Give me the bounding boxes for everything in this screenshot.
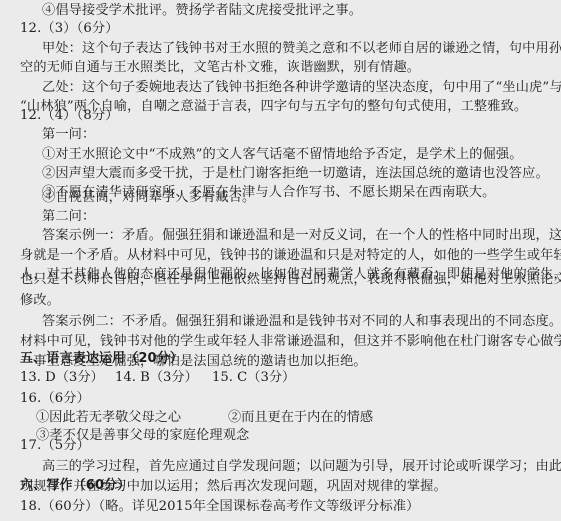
answer-key-page: ④倡导接受学术批评。赞扬学者陆文虎接受批评之事。 12.（3）（6分） 甲处：这… — [0, 0, 561, 521]
section-heading: 五、语言表达运用（20分） — [20, 349, 183, 368]
answer-line: 也只是不以师长自居，但在学问上他依然坚持自己的观点，表现得很倔强，如他对王水照论… — [20, 270, 561, 289]
answer-line: ④自视甚高，对同辈学人多有臧否。 — [42, 188, 255, 207]
answer-line: 乙处：这个句子委婉地表达了钱钟书拒绝各种讲学邀请的坚决态度，句中用了“坐山虎”与 — [42, 78, 561, 97]
answer-line: 身就是一个矛盾。从材料中可见，钱钟书的谦逊温和只是对特定的人，如他的一些学生或年… — [20, 246, 561, 265]
sub-heading: 第二问： — [42, 207, 95, 226]
answer-line: 甲处：这个句子表达了钱钟书对王水照的赞美之意和不以老师自居的谦逊之情，句中用孙悟 — [42, 39, 561, 58]
question-heading: 16.（6分） — [20, 389, 90, 408]
question-heading: 17.（5分） — [20, 436, 90, 455]
answer-14: 14. B（3分） — [115, 368, 198, 387]
answer-line: ①因此若无孝敬父母之心 — [36, 408, 181, 427]
sub-heading: 第一问： — [42, 125, 95, 144]
answer-line: ②而且更在于内在的情感 — [228, 408, 373, 427]
answer-line: 空的无师自通与王水照类比，文笔古朴文雅，诙谐幽默，别有情趣。 — [20, 58, 420, 77]
section-heading: 六、写作（60分） — [20, 476, 130, 495]
answer-line: 修改。 — [20, 291, 60, 310]
question-heading: 18.（60分）（略。详见2015年全国课标卷高考作文等级评分标准） — [20, 497, 420, 516]
answer-15: 15. C（3分） — [212, 368, 295, 387]
answer-line: 高三的学习过程，首先应通过自学发现问题；以问题为引导，展开讨论或听课学习；由此发 — [42, 457, 561, 476]
answer-line: 答案示例一：矛盾。倔强狂狷和谦逊温和是一对反义词，在一个人的性格中同时出现，这本 — [42, 226, 561, 245]
answer-line: ①对王水照论文中“不成熟”的文人客气话毫不留情地给予否定，是学术上的倔强。 — [42, 145, 523, 164]
question-heading: 12.（4）（8分） — [20, 106, 119, 125]
answer-line: ④倡导接受学术批评。赞扬学者陆文虎接受批评之事。 — [42, 1, 362, 20]
answer-13: 13. D（3分） — [20, 368, 104, 387]
answer-line: ②因声望大震而多受干扰，于是杜门谢客拒绝一切邀请，连法国总统的邀请也没答应。 — [42, 164, 549, 183]
answer-line: 答案示例二：不矛盾。倔强狂狷和谦逊温和是钱钟书对不同的人和事表现出的不同态度。从 — [42, 312, 561, 331]
question-heading: 12.（3）（6分） — [20, 19, 119, 38]
